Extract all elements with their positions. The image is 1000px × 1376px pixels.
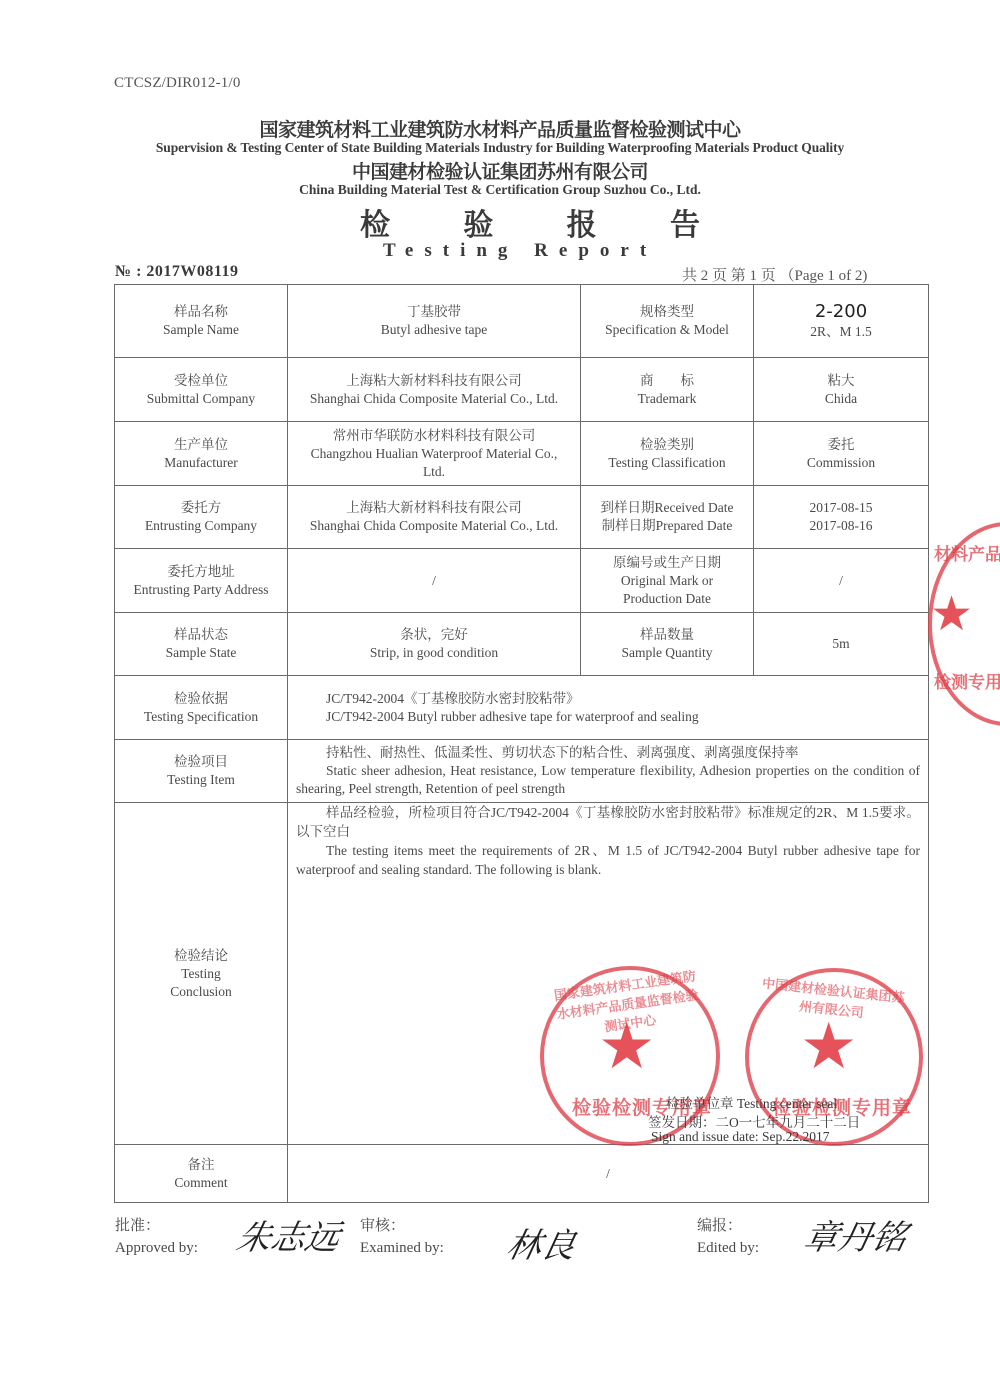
issuer-name-cn: 国家建筑材料工业建筑防水材料产品质量监督检验测试中心	[0, 115, 1000, 142]
testing-item-label: 检验项目Testing Item	[115, 740, 288, 803]
trademark-value: 粘大Chida	[754, 358, 929, 422]
comment-label: 备注Comment	[115, 1145, 288, 1203]
sample-state-label: 样品状态Sample State	[115, 613, 288, 676]
sample-name-label: 样品名称Sample Name	[115, 285, 288, 358]
edited-signature: 章丹铭	[800, 1210, 912, 1259]
edge-seal-top-text: 材料产品质	[934, 540, 1000, 565]
company-name-cn: 中国建材检验认证集团苏州有限公司	[0, 157, 1000, 184]
sample-quantity-value: 5m	[754, 613, 929, 676]
table-row: 委托方地址Entrusting Party Address / 原编号或生产日期…	[115, 549, 929, 613]
approved-by-label: 批准：Approved by:	[115, 1215, 198, 1259]
table-row: 受检单位Submittal Company 上海粘大新材料科技有限公司Shang…	[115, 358, 929, 422]
trademark-label: 商 标Trademark	[581, 358, 754, 422]
submittal-company-label: 受检单位Submittal Company	[115, 358, 288, 422]
manufacturer-value: 常州市华联防水材料科技有限公司Changzhou Hualian Waterpr…	[288, 422, 581, 486]
issuer-name-en: Supervision & Testing Center of State Bu…	[0, 140, 1000, 156]
entrusting-company-label: 委托方Entrusting Company	[115, 486, 288, 549]
star-icon: ★	[800, 1010, 857, 1084]
testing-specification-value: JC/T942-2004《丁基橡胶防水密封胶粘带》 JC/T942-2004 B…	[288, 676, 929, 740]
table-row: 备注Comment /	[115, 1145, 929, 1203]
manufacturer-label: 生产单位Manufacturer	[115, 422, 288, 486]
table-row: 检验依据Testing Specification JC/T942-2004《丁…	[115, 676, 929, 740]
spec-model-label: 规格类型Specification & Model	[581, 285, 754, 358]
testing-classification-label: 检验类别Testing Classification	[581, 422, 754, 486]
seal-label: 检验单位章 Testing center seal	[666, 1092, 837, 1112]
submittal-company-value: 上海粘大新材料科技有限公司Shanghai Chida Composite Ma…	[288, 358, 581, 422]
entrusting-address-label: 委托方地址Entrusting Party Address	[115, 549, 288, 613]
title-char: 验	[463, 200, 493, 244]
entrusting-address-value: /	[288, 549, 581, 613]
dates-value: 2017-08-152017-08-16	[754, 486, 929, 549]
examined-by-label: 审核：Examined by:	[360, 1215, 444, 1259]
title-char: 报	[567, 200, 597, 244]
entrusting-company-value: 上海粘大新材料科技有限公司Shanghai Chida Composite Ma…	[288, 486, 581, 549]
edge-seal-bottom-text: 检测专用	[934, 668, 1000, 693]
approved-signature: 朱志远	[233, 1210, 345, 1259]
edited-by-label: 编报：Edited by:	[697, 1215, 759, 1259]
report-title-cn: 检 验 报 告	[360, 200, 700, 244]
sample-quantity-label: 样品数量Sample Quantity	[581, 613, 754, 676]
conclusion-label: 检验结论TestingConclusion	[115, 803, 288, 1145]
report-number: № : 2017W08119	[115, 263, 239, 281]
page-indicator: 共 2 页 第 1 页 （Page 1 of 2)	[682, 264, 867, 285]
issue-date-en: Sign and issue date: Sep.22.2017	[651, 1129, 830, 1145]
sample-state-value: 条状，完好Strip, in good condition	[288, 613, 581, 676]
comment-value: /	[288, 1145, 929, 1203]
testing-specification-label: 检验依据Testing Specification	[115, 676, 288, 740]
title-char: 告	[670, 200, 700, 244]
original-mark-label: 原编号或生产日期Original Mark orProduction Date	[581, 549, 754, 613]
testing-classification-value: 委托Commission	[754, 422, 929, 486]
issue-date-cn: 签发日期：二O一七年九月二十二日	[648, 1111, 860, 1131]
company-name-en: China Building Material Test & Certifica…	[0, 182, 1000, 198]
report-title-en: Testing Report	[383, 240, 683, 262]
form-code: CTCSZ/DIR012-1/0	[114, 75, 241, 92]
examined-signature: 林良	[503, 1218, 581, 1267]
table-row: 委托方Entrusting Company 上海粘大新材料科技有限公司Shang…	[115, 486, 929, 549]
table-row: 检验项目Testing Item 持粘性、耐热性、低温柔性、剪切状态下的粘合性、…	[115, 740, 929, 803]
star-icon: ★	[930, 586, 973, 642]
title-char: 检	[360, 200, 390, 244]
original-mark-value: /	[754, 549, 929, 613]
dates-label: 到样日期Received Date制样日期Prepared Date	[581, 486, 754, 549]
spec-model-value: 2-2002R、M 1.5	[754, 285, 929, 358]
sample-name-value: 丁基胶带Butyl adhesive tape	[288, 285, 581, 358]
table-row: 样品状态Sample State 条状，完好Strip, in good con…	[115, 613, 929, 676]
testing-item-value: 持粘性、耐热性、低温柔性、剪切状态下的粘合性、剥离强度、剥离强度保持率 Stat…	[288, 740, 929, 803]
table-row: 生产单位Manufacturer 常州市华联防水材料科技有限公司Changzho…	[115, 422, 929, 486]
table-row: 样品名称Sample Name 丁基胶带Butyl adhesive tape …	[115, 285, 929, 358]
